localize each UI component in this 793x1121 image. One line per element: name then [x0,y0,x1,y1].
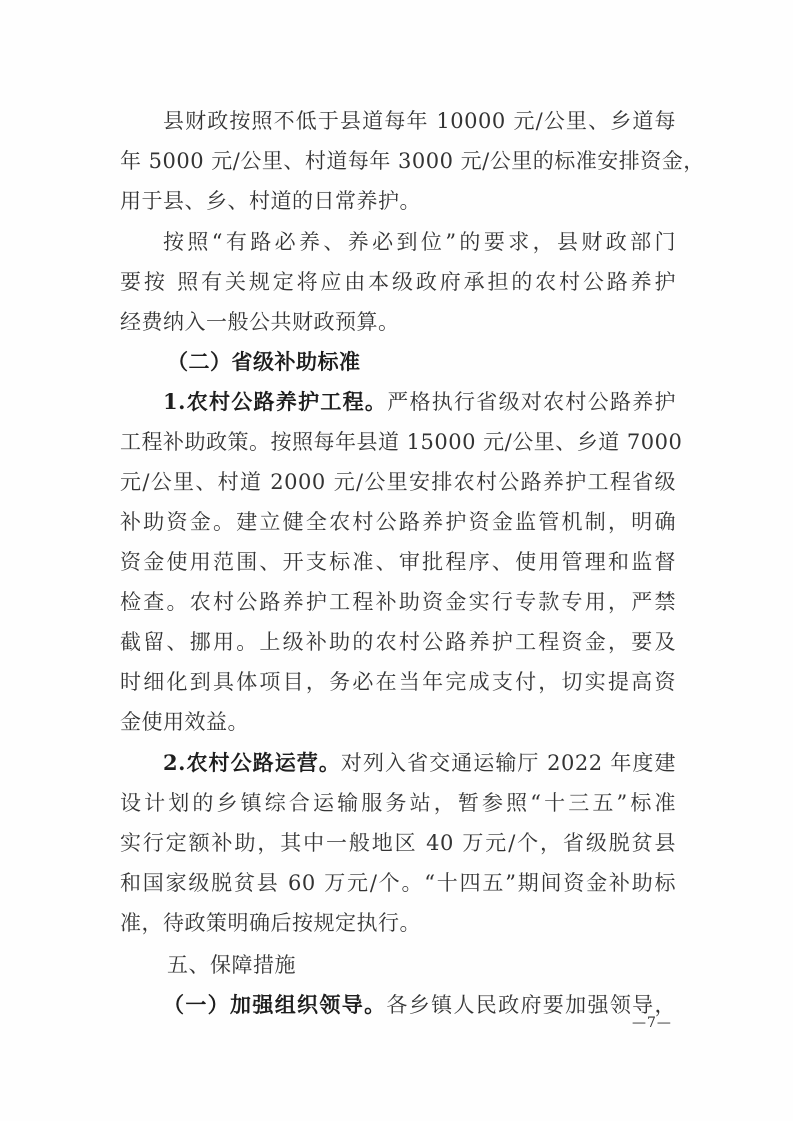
item-2-first-line: 2.农村公路运营。对列入省交通运输厅 2022 年度建 [163,748,676,778]
paragraph-line: 县财政按照不低于县道每年 10000 元/公里、乡道每 [163,106,676,136]
item-1-first-line: 1.农村公路养护工程。严格执行省级对农村公路养护 [163,387,676,417]
paragraph-line: 资金使用范围、开支标准、审批程序、使用管理和监督 [120,547,676,577]
item-3-first-line: （一）加强组织领导。各乡镇人民政府要加强领导， [163,990,676,1020]
page-number: —7— [632,1014,672,1032]
paragraph-line: 按照“有路必养、养必到位”的要求，县财政部门 [163,227,676,257]
item-2-title: 2.农村公路运营。 [163,750,341,775]
paragraph-line: 补助资金。建立健全农村公路养护资金监管机制，明确 [120,507,676,537]
paragraph-line: 时细化到具体项目，务必在当年完成支付，切实提高资 [120,667,676,697]
paragraph-line: 准，待政策明确后按规定执行。 [120,908,676,938]
paragraph-line: 元/公里、村道 2000 元/公里安排农村公路养护工程省级 [120,467,676,497]
item-2-text: 对列入省交通运输厅 2022 年度建 [341,751,676,775]
paragraph-line: 检查。农村公路养护工程补助资金实行专款专用，严禁 [120,587,676,617]
item-3-title: （一）加强组织领导。 [163,992,386,1017]
document-page: 县财政按照不低于县道每年 10000 元/公里、乡道每 年 5000 元/公里、… [0,0,793,1121]
paragraph-line: 工程补助政策。按照每年县道 15000 元/公里、乡道 7000 [120,427,676,457]
item-1-title: 1.农村公路养护工程。 [163,389,387,414]
paragraph-line: 和国家级脱贫县 60 万元/个。“十四五”期间资金补助标 [120,868,676,898]
section-heading: （二）省级补助标准 [167,347,361,377]
paragraph-line: 金使用效益。 [120,707,676,737]
paragraph-line: 设计划的乡镇综合运输服务站，暂参照“十三五”标准 [120,788,676,818]
paragraph-line: 要按 照有关规定将应由本级政府承担的农村公路养护 [120,267,676,297]
paragraph-line: 用于县、乡、村道的日常养护。 [120,186,676,216]
chapter-heading: 五、保障措施 [167,950,296,980]
item-1-text: 严格执行省级对农村公路养护 [387,390,676,414]
paragraph-line: 实行定额补助，其中一般地区 40 万元/个，省级脱贫县 [120,828,676,858]
paragraph-line: 截留、挪用。上级补助的农村公路养护工程资金，要及 [120,627,676,657]
paragraph-line: 经费纳入一般公共财政预算。 [120,307,676,337]
paragraph-line: 年 5000 元/公里、村道每年 3000 元/公里的标准安排资金， [120,146,676,176]
